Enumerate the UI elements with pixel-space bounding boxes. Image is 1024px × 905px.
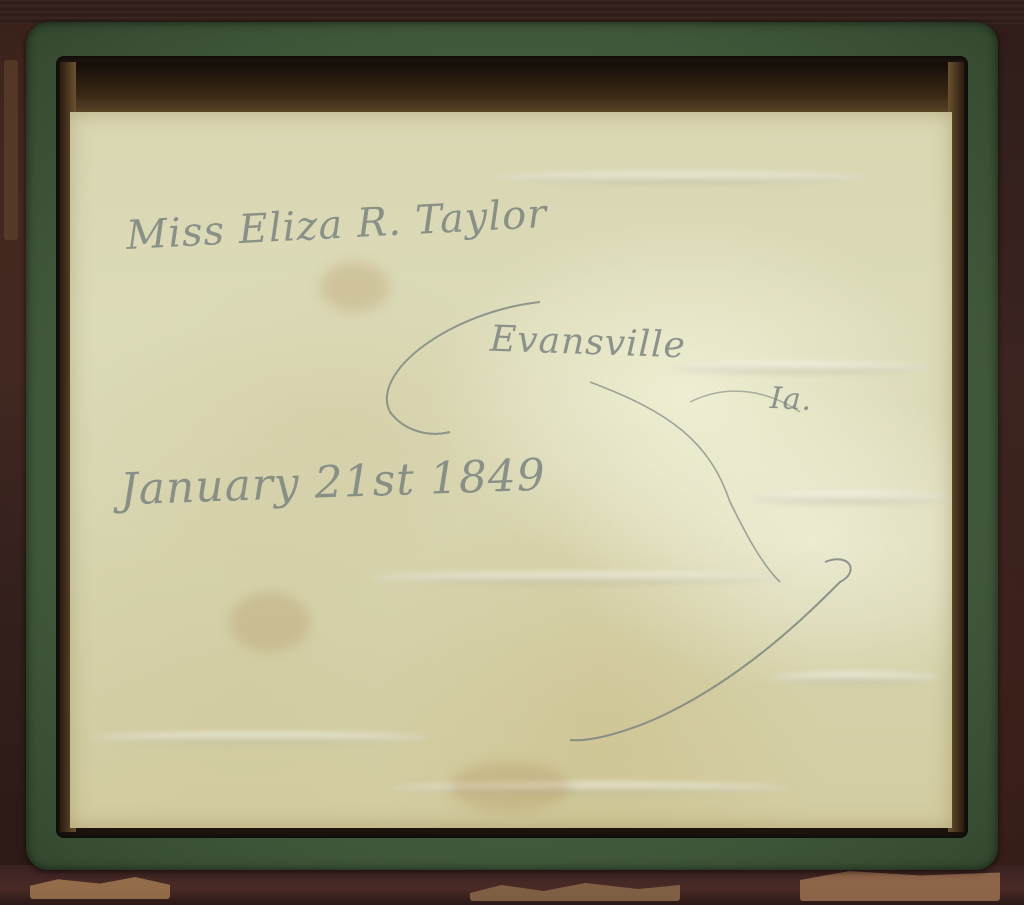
- inscription-state: Ia.: [769, 381, 813, 418]
- foxing-stain: [450, 762, 570, 812]
- worn-leather-patch: [800, 871, 1000, 901]
- inscription-place: Evansville: [489, 319, 686, 367]
- paper-wrinkle: [370, 572, 790, 584]
- foxing-stain: [230, 592, 310, 652]
- inscription-date: January 21st 1849: [119, 450, 546, 516]
- worn-leather-patch: [4, 60, 18, 240]
- green-velvet-mat: Miss Eliza R. Taylor Evansville Ia. Janu…: [26, 22, 998, 870]
- paper-wrinkle: [90, 732, 430, 744]
- inscription-name: Miss Eliza R. Taylor: [125, 191, 548, 259]
- paper-wrinkle: [770, 672, 940, 684]
- paper-wrinkle: [490, 172, 870, 184]
- foxing-stain: [320, 262, 390, 312]
- paper-wrinkle: [750, 492, 950, 504]
- inscribed-paper: Miss Eliza R. Taylor Evansville Ia. Janu…: [70, 112, 952, 828]
- mat-opening: Miss Eliza R. Taylor Evansville Ia. Janu…: [56, 56, 968, 838]
- case-top-edge: [0, 0, 1024, 24]
- leather-case: Miss Eliza R. Taylor Evansville Ia. Janu…: [0, 0, 1024, 905]
- paper-wrinkle: [670, 362, 930, 374]
